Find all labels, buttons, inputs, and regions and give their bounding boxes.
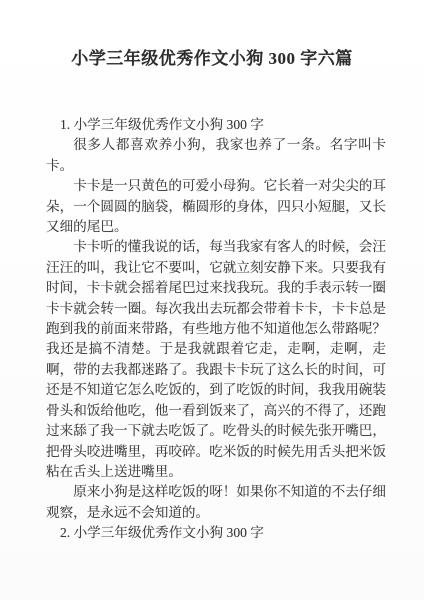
section-1-heading: 1. 小学三年级优秀作文小狗 300 字 xyxy=(46,115,386,135)
document-page: 小学三年级优秀作文小狗 300 字六篇 1. 小学三年级优秀作文小狗 300 字… xyxy=(0,0,424,600)
section-1-paragraph-2: 卡卡是一只黄色的可爱小母狗。它长着一对尖尖的耳朵，一个圆圆的脑袋，椭圆形的身体，… xyxy=(46,176,386,237)
section-1-paragraph-4: 原来小狗是这样吃饭的呀！如果你不知道的不去仔细观察，是永远不会知道的。 xyxy=(46,482,386,523)
document-body: 1. 小学三年级优秀作文小狗 300 字 很多人都喜欢养小狗，我家也养了一条。名… xyxy=(46,115,386,544)
page-title: 小学三年级优秀作文小狗 300 字六篇 xyxy=(0,0,424,69)
section-1-paragraph-1: 很多人都喜欢养小狗，我家也养了一条。名字叫卡卡。 xyxy=(46,135,386,176)
section-1-paragraph-3: 卡卡听的懂我说的话，每当我家有客人的时候，会汪汪汪的叫，我让它不要叫，它就立刻安… xyxy=(46,237,386,482)
section-2-heading: 2. 小学三年级优秀作文小狗 300 字 xyxy=(46,523,386,543)
